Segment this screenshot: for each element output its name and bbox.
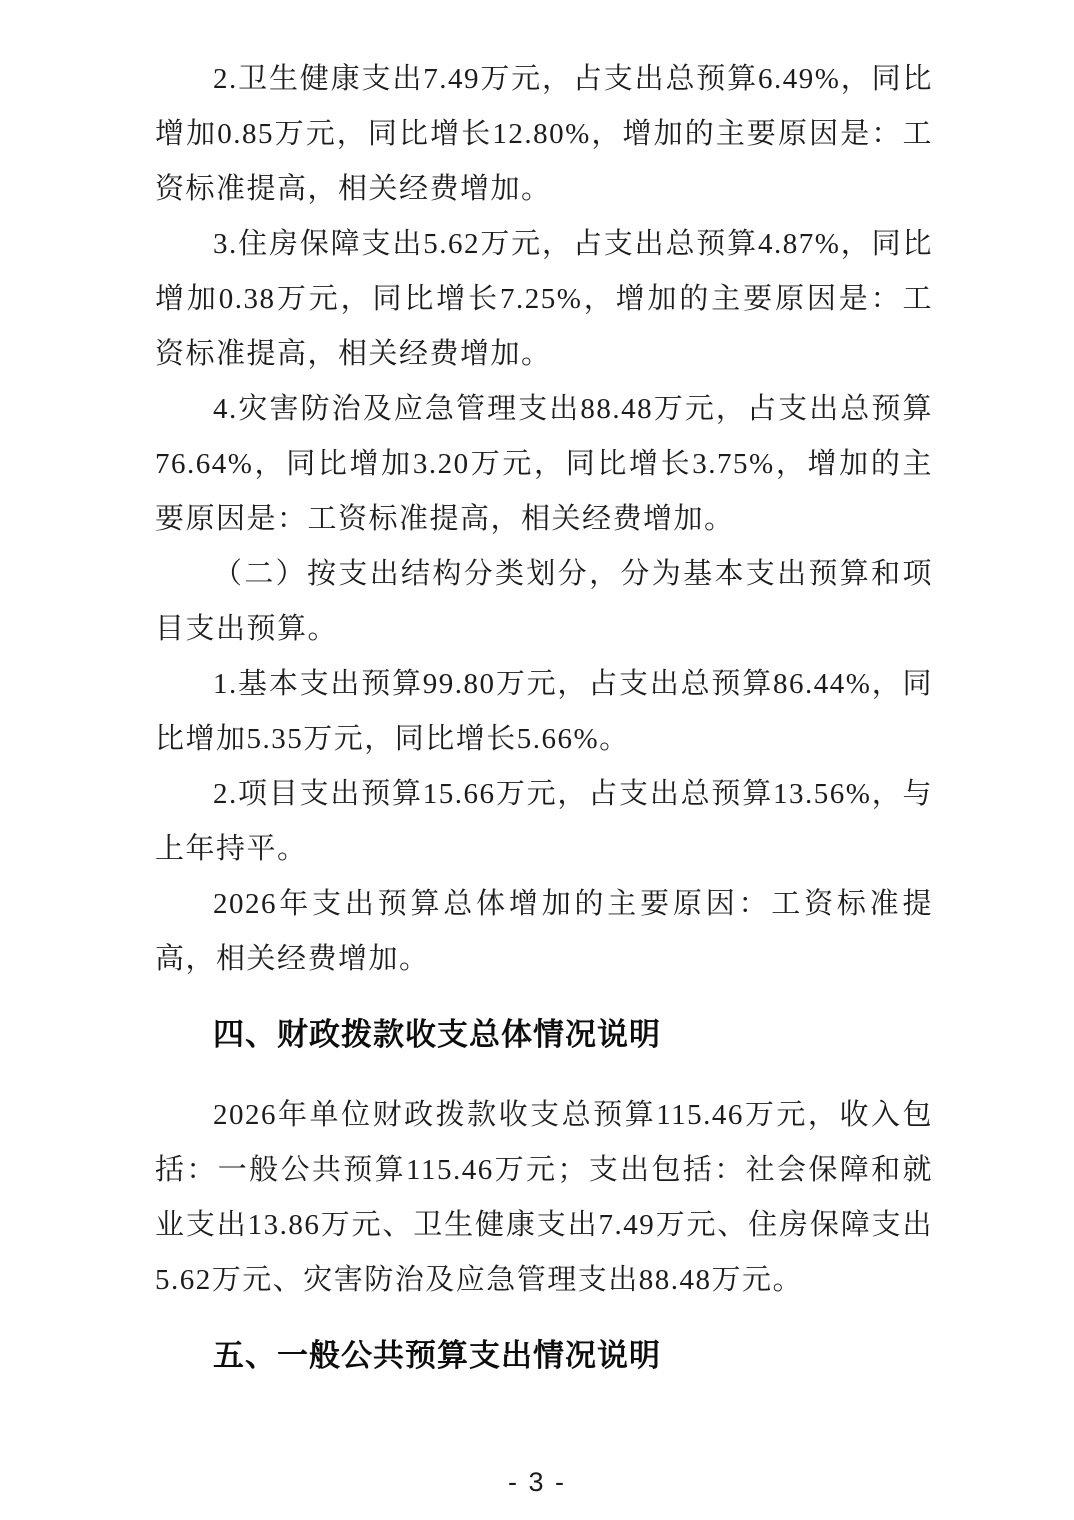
paragraph-basic-budget: 1.基本支出预算99.80万元，占支出总预算86.44%，同比增加5.35万元，… xyxy=(155,657,933,767)
document-page: 2.卫生健康支出7.49万元，占支出总预算6.49%，同比增加0.85万元，同比… xyxy=(0,0,1074,1520)
section-heading-five: 五、一般公共预算支出情况说明 xyxy=(155,1328,933,1383)
section-heading-four: 四、财政拨款收支总体情况说明 xyxy=(155,1007,933,1062)
paragraph-overall-reason: 2026年支出预算总体增加的主要原因：工资标准提高，相关经费增加。 xyxy=(155,877,933,987)
paragraph-disaster-expenditure: 4.灾害防治及应急管理支出88.48万元，占支出总预算76.64%，同比增加3.… xyxy=(155,382,933,547)
document-body: 2.卫生健康支出7.49万元，占支出总预算6.49%，同比增加0.85万元，同比… xyxy=(155,52,933,1409)
paragraph-housing-expenditure: 3.住房保障支出5.62万元，占支出总预算4.87%，同比增加0.38万元，同比… xyxy=(155,217,933,382)
paragraph-fiscal-allocation: 2026年单位财政拨款收支总预算115.46万元，收入包括：一般公共预算115.… xyxy=(155,1088,933,1308)
page-number: - 3 - xyxy=(508,1467,566,1497)
page-footer: - 3 - xyxy=(0,1467,1074,1498)
paragraph-health-expenditure: 2.卫生健康支出7.49万元，占支出总预算6.49%，同比增加0.85万元，同比… xyxy=(155,52,933,217)
paragraph-structure-intro: （二）按支出结构分类划分，分为基本支出预算和项目支出预算。 xyxy=(155,547,933,657)
paragraph-project-budget: 2.项目支出预算15.66万元，占支出总预算13.56%，与上年持平。 xyxy=(155,767,933,877)
